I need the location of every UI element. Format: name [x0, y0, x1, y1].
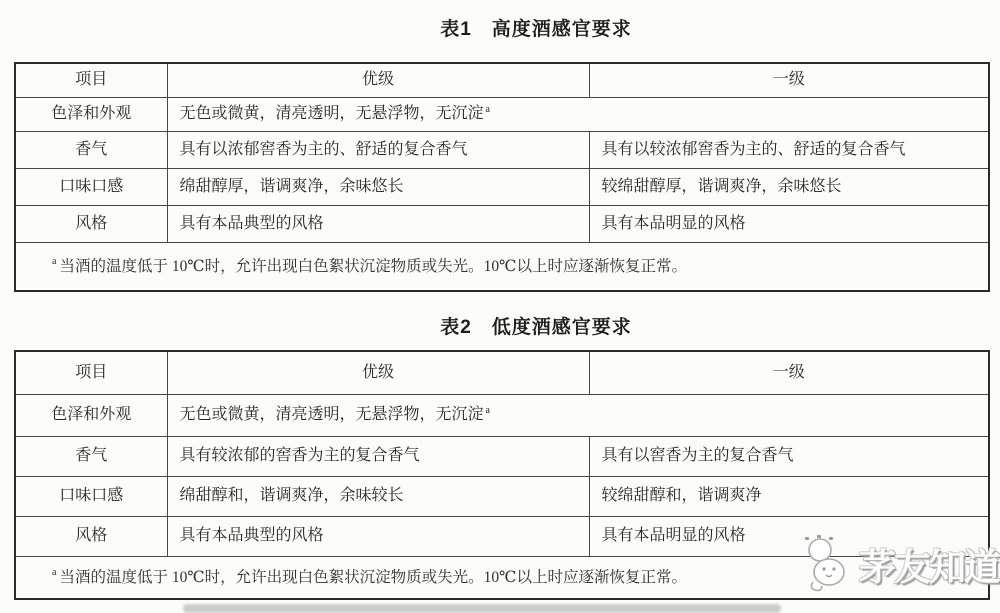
table1-style-row: 风格 具有本品典型的风格 具有本品明显的风格 — [15, 205, 989, 242]
footnote-text: 当酒的温度低于 10℃时，允许出现白色絮状沉淀物质或失光。10℃以上时应逐渐恢复… — [59, 569, 687, 586]
table2-taste-premium: 绵甜醇和，谐调爽净，余味较长 — [167, 476, 589, 516]
table1-appearance-row: 色泽和外观 无色或微黄，清亮透明，无悬浮物，无沉淀a — [15, 97, 989, 131]
table1-taste-first-grade: 较绵甜醇厚，谐调爽净，余味悠长 — [589, 168, 989, 205]
table1-taste-row: 口味口感 绵甜醇厚，谐调爽净，余味悠长 较绵甜醇厚，谐调爽净，余味悠长 — [15, 168, 989, 205]
watermark: 茅友知道 — [793, 534, 999, 594]
table2-aroma-first-grade: 具有以窖香为主的复合香气 — [589, 436, 989, 476]
table2-taste-first-grade: 较绵甜醇和，谐调爽净 — [589, 476, 989, 516]
table2-aroma-row: 香气 具有较浓郁的窖香为主的复合香气 具有以窖香为主的复合香气 — [15, 436, 989, 476]
table1-taste-premium: 绵甜醇厚，谐调爽净，余味悠长 — [167, 168, 589, 205]
table1-title: 表1 高度酒感官要求 — [0, 14, 1000, 41]
table1-taste-label: 口味口感 — [15, 168, 167, 205]
table2-style-label: 风格 — [15, 516, 167, 556]
table2-header-row: 项目 优级 一级 — [15, 351, 989, 394]
footnote-text: 当酒的温度低于 10℃时，允许出现白色絮状沉淀物质或失光。10℃以上时应逐渐恢复… — [59, 258, 687, 275]
table2-aroma-label: 香气 — [15, 436, 167, 476]
table1-aroma-first-grade: 具有以较浓郁窖香为主的、舒适的复合香气 — [589, 131, 989, 168]
footnote-marker: a — [52, 256, 56, 267]
table1-aroma-label: 香气 — [15, 131, 167, 168]
table2-header-premium-grade: 优级 — [167, 351, 589, 394]
table2-style-premium: 具有本品典型的风格 — [167, 516, 589, 556]
table1-header-first-grade: 一级 — [589, 63, 989, 97]
table1-style-first-grade: 具有本品明显的风格 — [589, 205, 989, 242]
appearance-text: 无色或微黄，清亮透明，无悬浮物，无沉淀 — [180, 406, 484, 423]
table1-appearance-label: 色泽和外观 — [15, 97, 167, 131]
table1-aroma-premium: 具有以浓郁窖香为主的、舒适的复合香气 — [167, 131, 589, 168]
table2-header-first-grade: 一级 — [589, 351, 989, 394]
table1-footnote-row: a当酒的温度低于 10℃时，允许出现白色絮状沉淀物质或失光。10℃以上时应逐渐恢… — [15, 242, 989, 291]
table1-appearance-value: 无色或微黄，清亮透明，无悬浮物，无沉淀a — [167, 97, 989, 131]
table1-aroma-row: 香气 具有以浓郁窖香为主的、舒适的复合香气 具有以较浓郁窖香为主的、舒适的复合香… — [15, 131, 989, 168]
table2-appearance-value: 无色或微黄，清亮透明，无悬浮物，无沉淀a — [167, 394, 989, 436]
table2-appearance-row: 色泽和外观 无色或微黄，清亮透明，无悬浮物，无沉淀a — [15, 394, 989, 436]
table2-taste-label: 口味口感 — [15, 476, 167, 516]
table2-taste-row: 口味口感 绵甜醇和，谐调爽净，余味较长 较绵甜醇和，谐调爽净 — [15, 476, 989, 516]
footnote-marker: a — [486, 405, 490, 416]
footnote-marker: a — [486, 104, 490, 115]
footnote-marker: a — [52, 567, 56, 578]
table2-header-item: 项目 — [15, 351, 167, 394]
table1-header-premium-grade: 优级 — [167, 63, 589, 97]
mascot-face-icon — [793, 534, 855, 594]
table1-header-item: 项目 — [15, 63, 167, 97]
table1-style-label: 风格 — [15, 205, 167, 242]
table1-footnote: a当酒的温度低于 10℃时，允许出现白色絮状沉淀物质或失光。10℃以上时应逐渐恢… — [15, 242, 989, 291]
table1-style-premium: 具有本品典型的风格 — [167, 205, 589, 242]
table1-header-row: 项目 优级 一级 — [15, 63, 989, 97]
table2-title: 表2 低度酒感官要求 — [0, 312, 1000, 339]
table1-sensory-requirements-high-alcohol: 项目 优级 一级 色泽和外观 无色或微黄，清亮透明，无悬浮物，无沉淀a 香气 具… — [14, 62, 990, 292]
cutoff-content-strip — [183, 604, 781, 613]
watermark-text: 茅友知道 — [859, 537, 999, 591]
table2-aroma-premium: 具有较浓郁的窖香为主的复合香气 — [167, 436, 589, 476]
appearance-text: 无色或微黄，清亮透明，无悬浮物，无沉淀 — [180, 105, 484, 122]
table2-appearance-label: 色泽和外观 — [15, 394, 167, 436]
